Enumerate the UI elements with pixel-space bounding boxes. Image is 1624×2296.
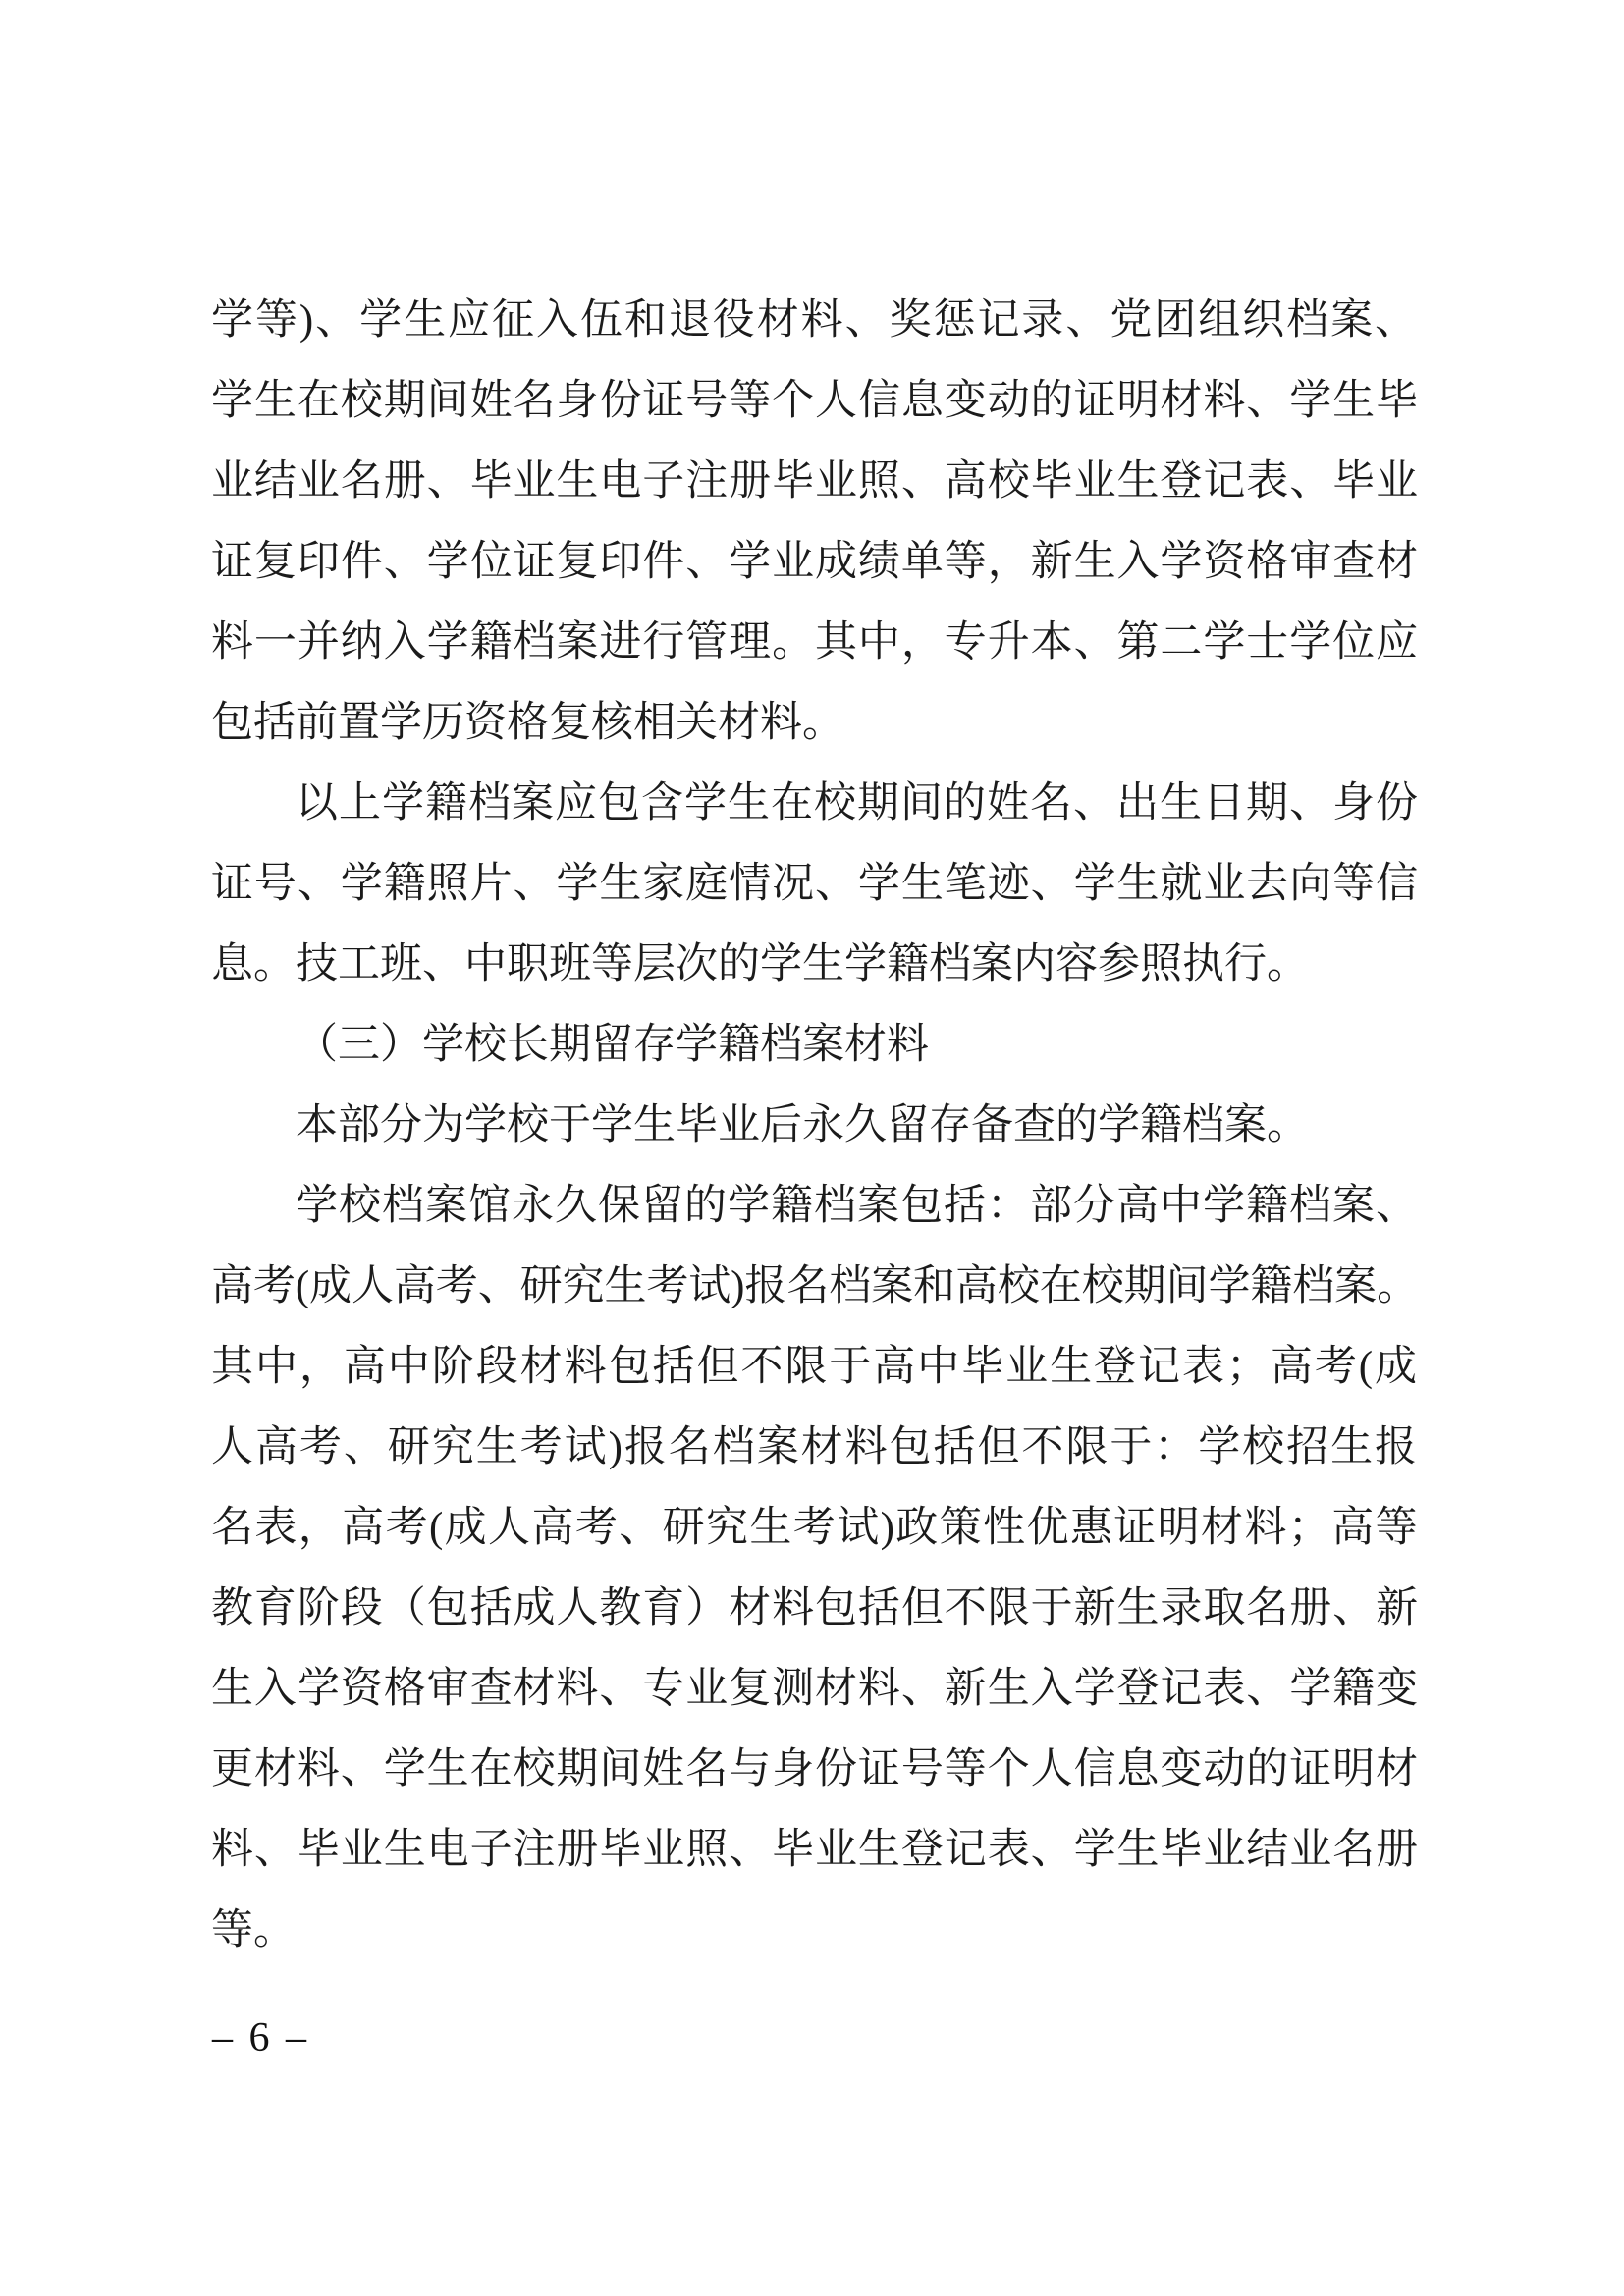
text-line: 生入学资格审查材料、专业复测材料、新生入学登记表、学籍变 bbox=[211, 1649, 1419, 1730]
text-line: 以上学籍档案应包含学生在校期间的姓名、出生日期、身份 bbox=[211, 764, 1419, 844]
document-body: 学等)、学生应征入伍和退役材料、奖惩记录、党团组织档案、学生在校期间姓名身份证号… bbox=[211, 281, 1419, 1971]
text-line: 学校档案馆永久保留的学籍档案包括：部分高中学籍档案、 bbox=[211, 1166, 1419, 1247]
text-line: 料一并纳入学籍档案进行管理。其中，专升本、第二学士学位应 bbox=[211, 603, 1419, 683]
text-line: 等。 bbox=[211, 1891, 1419, 1971]
page-number: – 6 – bbox=[212, 2013, 309, 2062]
text-line-content: 人高考、研究生考试)报名档案材料包括但不限于：学校招生报 bbox=[211, 1408, 1419, 1488]
text-line-content: 包括前置学历资格复核相关材料。 bbox=[211, 683, 844, 764]
text-line-content: 本部分为学校于学生毕业后永久留存备查的学籍档案。 bbox=[296, 1086, 1309, 1166]
text-line: 本部分为学校于学生毕业后永久留存备查的学籍档案。 bbox=[211, 1086, 1419, 1166]
text-line-content: 学生在校期间姓名身份证号等个人信息变动的证明材料、学生毕 bbox=[211, 361, 1419, 442]
text-line-content: 高考(成人高考、研究生考试)报名档案和高校在校期间学籍档案。 bbox=[211, 1247, 1419, 1327]
text-line: 料、毕业生电子注册毕业照、毕业生登记表、学生毕业结业名册 bbox=[211, 1810, 1419, 1891]
text-line: 息。技工班、中职班等层次的学生学籍档案内容参照执行。 bbox=[211, 925, 1419, 1005]
text-line-content: 生入学资格审查材料、专业复测材料、新生入学登记表、学籍变 bbox=[211, 1649, 1419, 1730]
scanned-document-page: 学等)、学生应征入伍和退役材料、奖惩记录、党团组织档案、学生在校期间姓名身份证号… bbox=[0, 0, 1624, 2296]
text-line-content: 息。技工班、中职班等层次的学生学籍档案内容参照执行。 bbox=[211, 925, 1309, 1005]
text-line-content: 名表，高考(成人高考、研究生考试)政策性优惠证明材料；高等 bbox=[211, 1488, 1419, 1569]
text-line-content: 学等)、学生应征入伍和退役材料、奖惩记录、党团组织档案、 bbox=[211, 281, 1419, 361]
text-line: 高考(成人高考、研究生考试)报名档案和高校在校期间学籍档案。 bbox=[211, 1247, 1419, 1327]
text-line-content: 料一并纳入学籍档案进行管理。其中，专升本、第二学士学位应 bbox=[211, 603, 1419, 683]
text-line-content: 料、毕业生电子注册毕业照、毕业生登记表、学生毕业结业名册 bbox=[211, 1810, 1419, 1891]
text-line: 证号、学籍照片、学生家庭情况、学生笔迹、学生就业去向等信 bbox=[211, 844, 1419, 925]
text-line-content: 证复印件、学位证复印件、学业成绩单等，新生入学资格审查材 bbox=[211, 522, 1419, 603]
text-line-content: 以上学籍档案应包含学生在校期间的姓名、出生日期、身份 bbox=[296, 764, 1419, 844]
text-line-content: （三）学校长期留存学籍档案材料 bbox=[296, 1005, 929, 1086]
text-line-content: 更材料、学生在校期间姓名与身份证号等个人信息变动的证明材 bbox=[211, 1730, 1419, 1810]
text-line: 其中，高中阶段材料包括但不限于高中毕业生登记表；高考(成 bbox=[211, 1327, 1419, 1408]
text-line: （三）学校长期留存学籍档案材料 bbox=[211, 1005, 1419, 1086]
text-line: 学等)、学生应征入伍和退役材料、奖惩记录、党团组织档案、 bbox=[211, 281, 1419, 361]
text-line-content: 其中，高中阶段材料包括但不限于高中毕业生登记表；高考(成 bbox=[211, 1327, 1419, 1408]
text-line-content: 业结业名册、毕业生电子注册毕业照、高校毕业生登记表、毕业 bbox=[211, 442, 1419, 522]
text-line-content: 等。 bbox=[211, 1891, 296, 1971]
text-line: 学生在校期间姓名身份证号等个人信息变动的证明材料、学生毕 bbox=[211, 361, 1419, 442]
text-line-content: 证号、学籍照片、学生家庭情况、学生笔迹、学生就业去向等信 bbox=[211, 844, 1419, 925]
text-line-content: 教育阶段（包括成人教育）材料包括但不限于新生录取名册、新 bbox=[211, 1569, 1419, 1649]
text-line: 更材料、学生在校期间姓名与身份证号等个人信息变动的证明材 bbox=[211, 1730, 1419, 1810]
text-line: 业结业名册、毕业生电子注册毕业照、高校毕业生登记表、毕业 bbox=[211, 442, 1419, 522]
text-line: 名表，高考(成人高考、研究生考试)政策性优惠证明材料；高等 bbox=[211, 1488, 1419, 1569]
text-line: 证复印件、学位证复印件、学业成绩单等，新生入学资格审查材 bbox=[211, 522, 1419, 603]
text-line: 包括前置学历资格复核相关材料。 bbox=[211, 683, 1419, 764]
text-line: 人高考、研究生考试)报名档案材料包括但不限于：学校招生报 bbox=[211, 1408, 1419, 1488]
text-line-content: 学校档案馆永久保留的学籍档案包括：部分高中学籍档案、 bbox=[296, 1166, 1419, 1247]
text-line: 教育阶段（包括成人教育）材料包括但不限于新生录取名册、新 bbox=[211, 1569, 1419, 1649]
